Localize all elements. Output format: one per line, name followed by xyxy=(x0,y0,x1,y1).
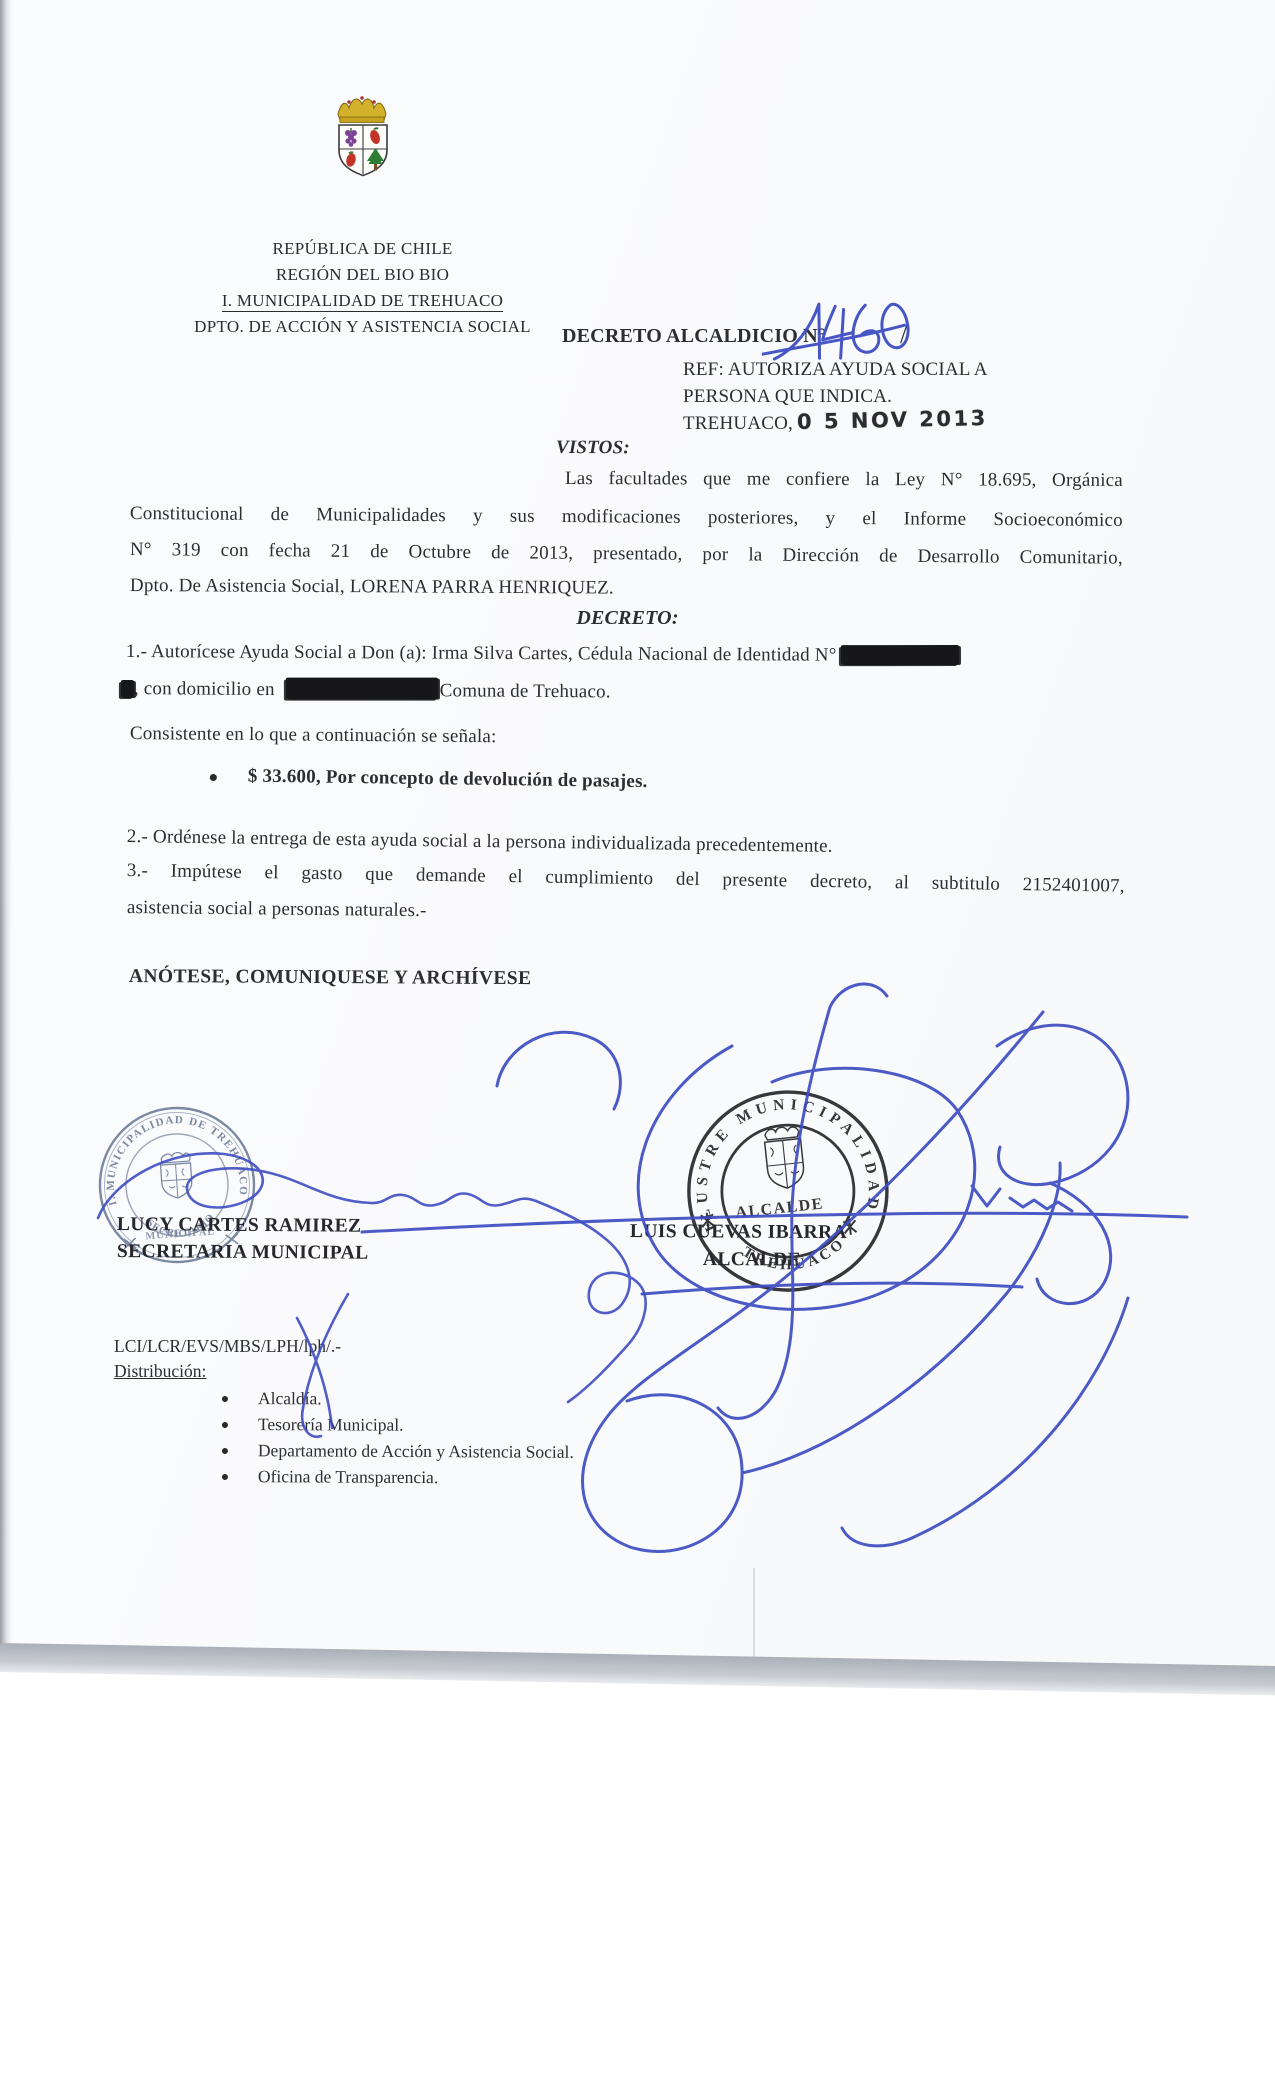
vistos-label: VISTOS: xyxy=(556,437,630,459)
scan-left-edge xyxy=(0,0,12,1650)
redaction-blob xyxy=(121,680,134,697)
vistos-line: Las facultades que me confiere la Ley N°… xyxy=(565,468,1123,492)
scanned-decree-page: { "colors": { "pen_blue": "#3e4dc2", "se… xyxy=(0,0,1275,2100)
redaction-bar-address xyxy=(286,678,438,699)
letterhead-department: DPTO. DE ACCIÓN Y ASISTENCIA SOCIAL xyxy=(115,314,610,340)
letterhead-municipality: I. MUNICIPALIDAD DE TREHUACO xyxy=(115,288,610,314)
benefit-bullet-row: $ 33.600, Por concepto de devolución de … xyxy=(210,765,648,793)
pen-signature-strokes xyxy=(40,950,1200,1600)
letterhead: REPÚBLICA DE CHILE REGIÓN DEL BIO BIO I.… xyxy=(115,236,610,340)
place-line: TREHUACO, xyxy=(683,413,793,435)
paper-sheet: REPÚBLICA DE CHILE REGIÓN DEL BIO BIO I.… xyxy=(0,0,1275,1670)
letterhead-region: REGIÓN DEL BIO BIO xyxy=(115,262,610,288)
decreto-item-3-line-2: asistencia social a personas naturales.- xyxy=(127,897,427,922)
letterhead-country: REPÚBLICA DE CHILE xyxy=(115,236,610,262)
coat-of-arms-icon xyxy=(328,90,398,178)
date-stamp: 0 5 NOV 2013 xyxy=(797,406,988,434)
vistos-line: N° 319 con fecha 21 de Octubre de 2013, … xyxy=(130,539,1123,570)
vistos-line: Dpto. De Asistencia Social, LORENA PARRA… xyxy=(130,575,614,600)
handwritten-decree-number: 1460 xyxy=(756,286,923,380)
decreto-label: DECRETO: xyxy=(130,607,1125,630)
redaction-bar-id-number xyxy=(841,645,959,664)
consistente-line: Consistente en lo que a continuación se … xyxy=(130,723,497,748)
vistos-line: Constitucional de Municipalidades y sus … xyxy=(130,503,1123,532)
benefit-amount: $ 33.600, Por concepto de devolución de … xyxy=(248,766,648,793)
bullet-icon xyxy=(210,774,217,781)
decreto-item-1-line-1: 1.- Autorícese Ayuda Social a Don (a): I… xyxy=(126,641,959,667)
decreto-item-1-line-2: , con domicilio en Comuna de Trehuaco. xyxy=(121,676,611,703)
ref-line-2: PERSONA QUE INDICA. xyxy=(683,386,892,408)
decreto-item-3-line-1: 3.- Impútese el gasto que demande el cum… xyxy=(127,860,1125,898)
decreto-item-2: 2.- Ordénese la entrega de esta ayuda so… xyxy=(127,826,833,858)
